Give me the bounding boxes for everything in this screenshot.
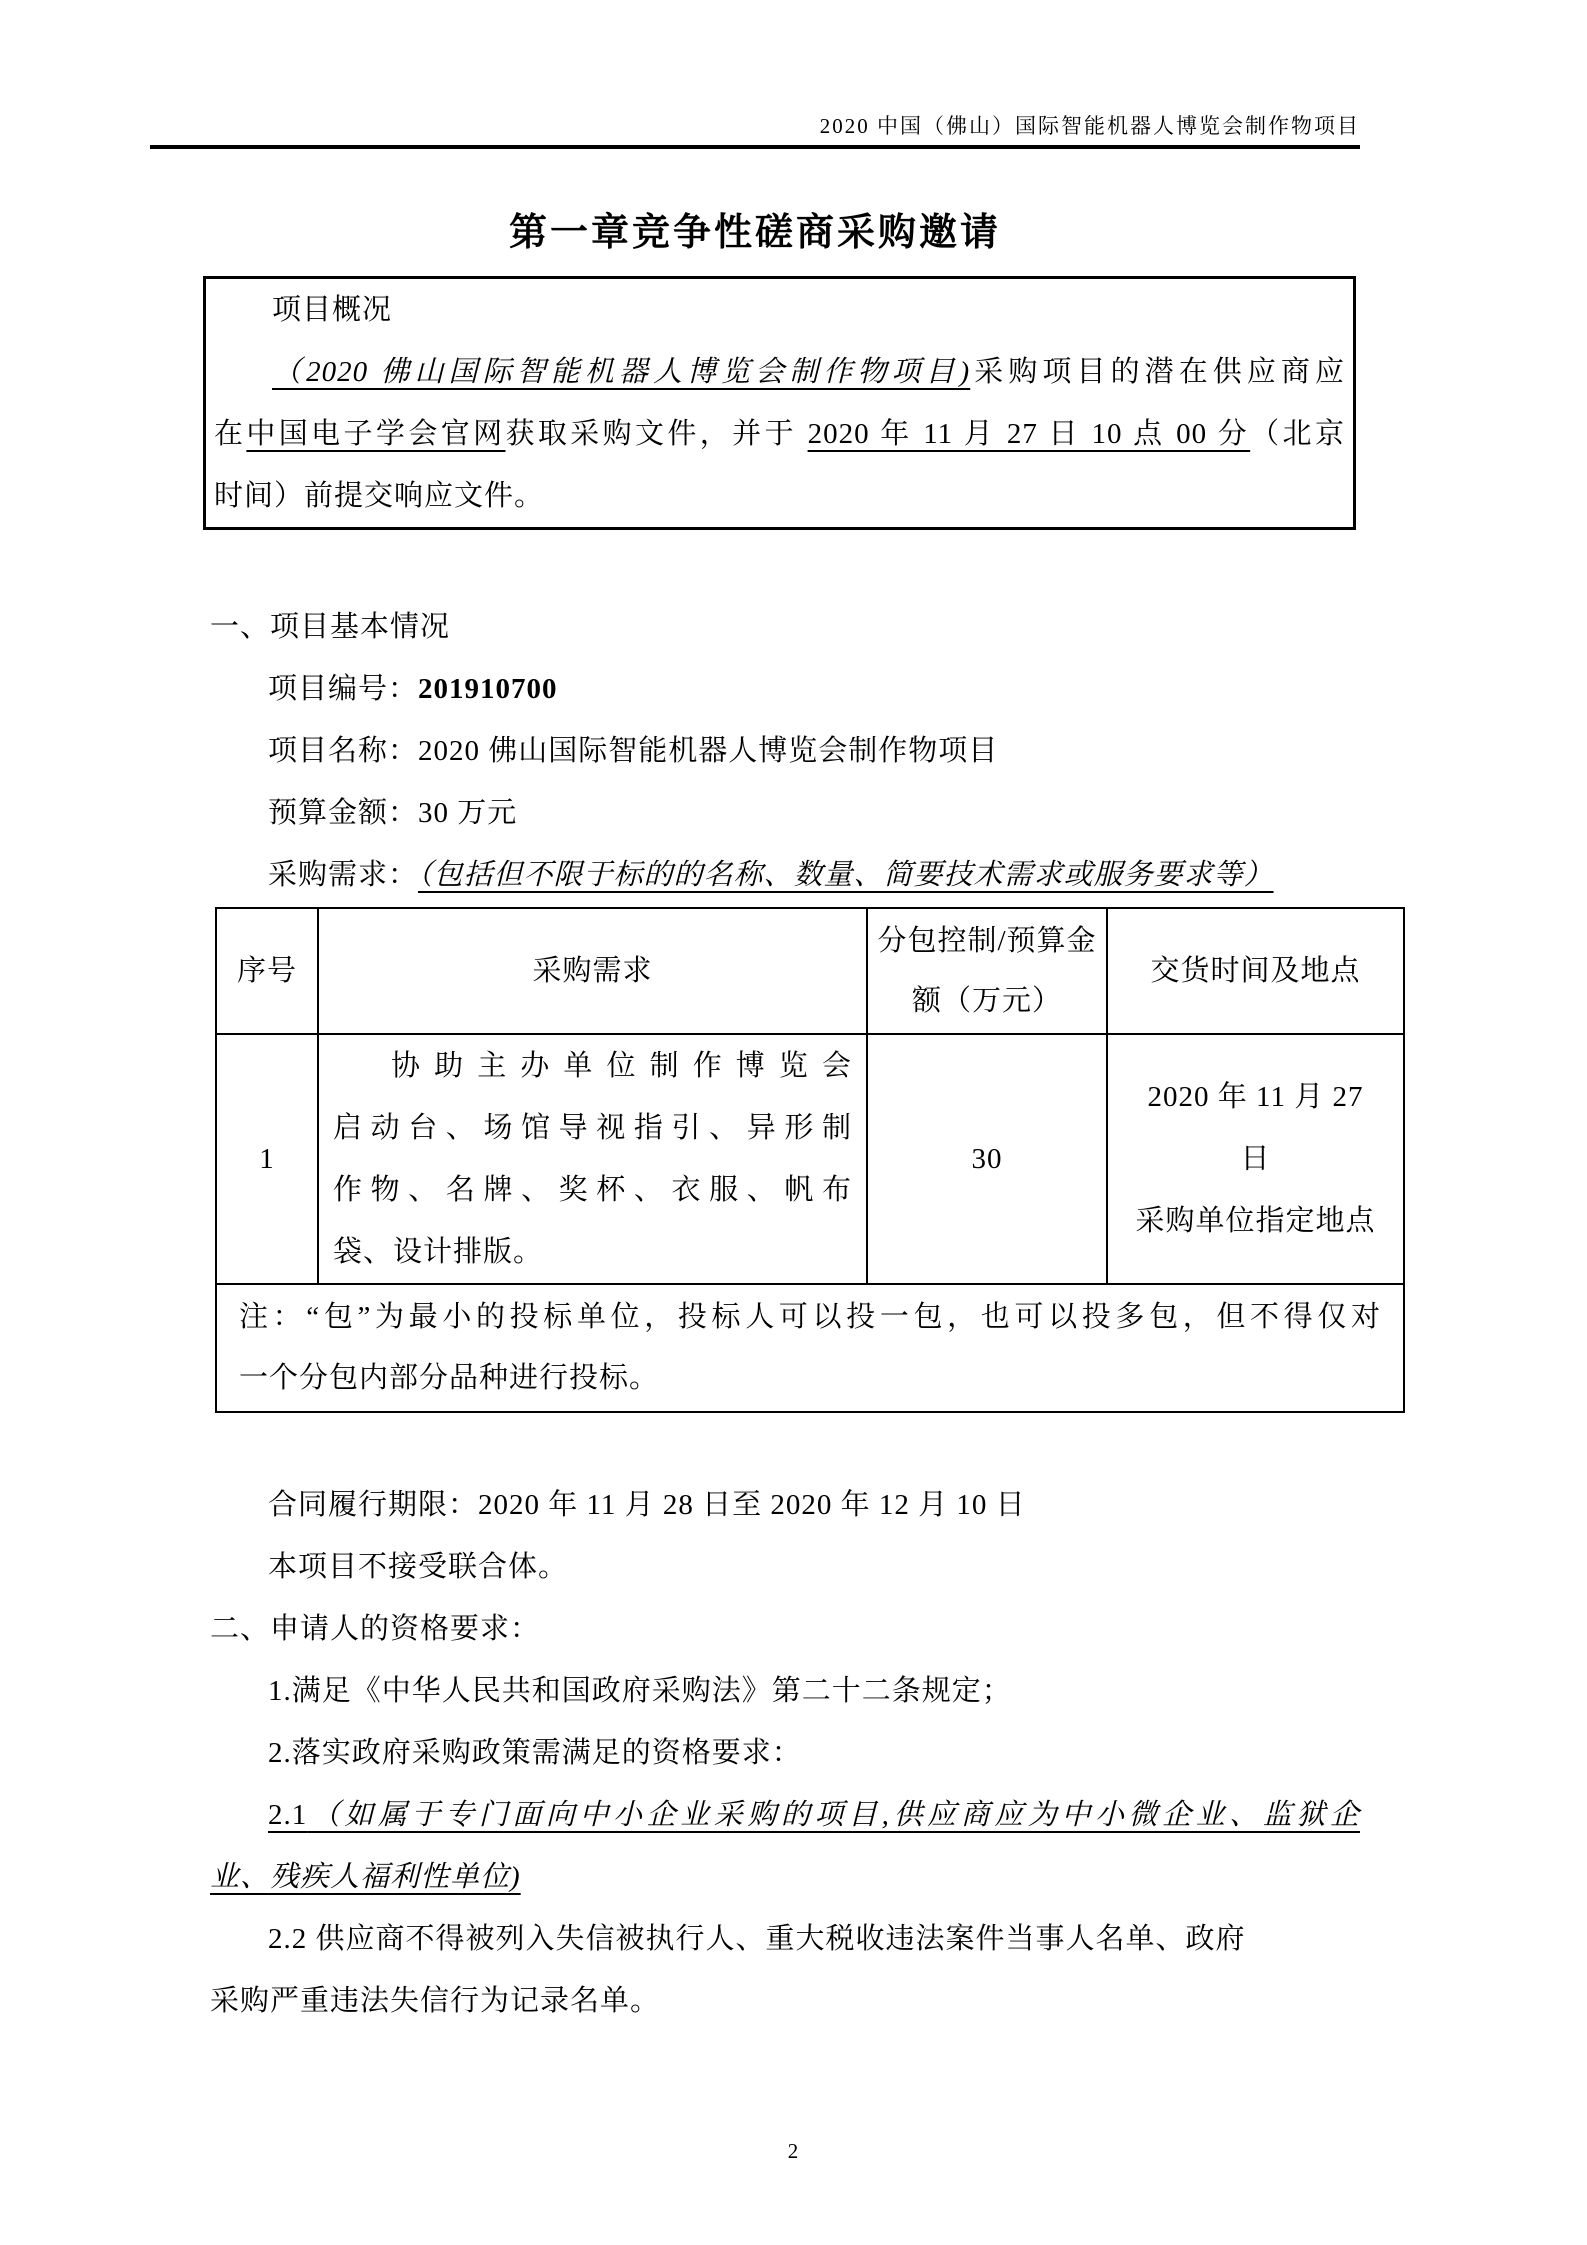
project-number-label: 项目编号： [268, 673, 418, 705]
page-header-text: 2020 中国（佛山）国际智能机器人博览会制作物项目 [150, 110, 1360, 142]
project-overview-box: 项目概况 （2020 佛山国际智能机器人博览会制作物项目)采购项目的潜在供应商应… [203, 276, 1356, 530]
demand-text-line: 启动台、场馆导视指引、异形制 [333, 1097, 852, 1159]
note-line: 注：“包”为最小的投标单位，投标人可以投一包，也可以投多包，但不得仅对 [239, 1287, 1381, 1348]
overview-line3-mid: 获取采购文件，并于 [505, 418, 807, 450]
overview-line3-post: （北京 [1250, 418, 1345, 450]
cell-demand: 协助主办单位制作博览会 启动台、场馆导视指引、异形制 作物、名牌、奖杯、衣服、帆… [318, 1034, 867, 1284]
qualification-item-2: 2.落实政府采购政策需满足的资格要求： [210, 1722, 1360, 1784]
overview-deadline: 2020 年 11 月 27 日 10 点 00 分 [808, 418, 1251, 450]
qualification-item-1: 1.满足《中华人民共和国政府采购法》第二十二条规定； [210, 1660, 1360, 1722]
qualification-item-2-1-line2: 业、残疾人福利性单位) [210, 1846, 1360, 1908]
header-rule [150, 145, 1360, 149]
overview-line2: （2020 佛山国际智能机器人博览会制作物项目)采购项目的潜在供应商应 [214, 341, 1345, 403]
project-number-line: 项目编号：201910700 [210, 658, 1360, 720]
section1-heading: 一、项目基本情况 [210, 596, 1360, 658]
project-number-value: 201910700 [418, 673, 558, 705]
document-page: 2020 中国（佛山）国际智能机器人博览会制作物项目 第一章竞争性磋商采购邀请 … [0, 0, 1587, 2245]
demand-text-line: 袋、设计排版。 [333, 1221, 852, 1283]
item-2-1-number: 2.1 [268, 1799, 307, 1831]
qualification-item-2-1-line1: 2.1（如属于专门面向中小企业采购的项目,供应商应为中小微企业、监狱企 [210, 1784, 1360, 1846]
cell-seq: 1 [216, 1034, 318, 1284]
chapter-title: 第一章竞争性磋商采购邀请 [150, 205, 1360, 261]
overview-official-site: 中国电子学会官网 [246, 418, 505, 450]
section2-heading: 二、申请人的资格要求： [210, 1598, 1360, 1660]
overview-line3: 在中国电子学会官网获取采购文件，并于 2020 年 11 月 27 日 10 点… [214, 403, 1345, 465]
budget-line: 预算金额：30 万元 [210, 782, 1360, 844]
cell-note: 注：“包”为最小的投标单位，投标人可以投一包，也可以投多包，但不得仅对 一个分包… [216, 1284, 1404, 1412]
no-consortium-line: 本项目不接受联合体。 [210, 1536, 1360, 1598]
item-2-1-text: （如属于专门面向中小企业采购的项目,供应商应为中小微企业、监狱企 [307, 1799, 1360, 1831]
project-name-line: 项目名称：2020 佛山国际智能机器人博览会制作物项目 [210, 720, 1360, 782]
col-header-delivery: 交货时间及地点 [1107, 908, 1404, 1034]
item-2-1-text-cont: 业、残疾人福利性单位) [210, 1861, 521, 1893]
overview-heading: 项目概况 [214, 279, 1345, 341]
overview-line3-pre: 在 [214, 418, 246, 450]
demand-text-line: 协助主办单位制作博览会 [333, 1035, 852, 1097]
contract-period-line: 合同履行期限：2020 年 11 月 28 日至 2020 年 12 月 10 … [210, 1474, 1360, 1536]
table-note-row: 注：“包”为最小的投标单位，投标人可以投一包，也可以投多包，但不得仅对 一个分包… [216, 1284, 1404, 1412]
overview-project-name: （2020 佛山国际智能机器人博览会制作物项目) [272, 356, 970, 388]
note-line: 一个分包内部分品种进行投标。 [239, 1348, 1381, 1409]
delivery-place: 采购单位指定地点 [1134, 1190, 1377, 1252]
delivery-time: 2020 年 11 月 27 日 [1134, 1066, 1377, 1190]
table-header-row: 序号 采购需求 分包控制/预算金额（万元） 交货时间及地点 [216, 908, 1404, 1034]
col-header-demand: 采购需求 [318, 908, 867, 1034]
cell-amount: 30 [867, 1034, 1107, 1284]
demand-text-line: 作物、名牌、奖杯、衣服、帆布 [333, 1159, 852, 1221]
overview-line4: 时间）前提交响应文件。 [214, 465, 1345, 527]
demand-line: 采购需求：（包括但不限于标的的名称、数量、简要技术需求或服务要求等） [210, 844, 1360, 906]
demand-note: （包括但不限于标的的名称、数量、简要技术需求或服务要求等） [418, 859, 1274, 891]
col-header-budget: 分包控制/预算金额（万元） [867, 908, 1107, 1034]
qualification-item-2-2-line1: 2.2 供应商不得被列入失信被执行人、重大税收违法案件当事人名单、政府 [210, 1908, 1360, 1970]
section-qualification: 合同履行期限：2020 年 11 月 28 日至 2020 年 12 月 10 … [210, 1474, 1360, 2032]
col-header-seq: 序号 [216, 908, 318, 1034]
overview-line2-rest: 采购项目的潜在供应商应 [970, 356, 1345, 388]
table-row: 1 协助主办单位制作博览会 启动台、场馆导视指引、异形制 作物、名牌、奖杯、衣服… [216, 1034, 1404, 1284]
procurement-table: 序号 采购需求 分包控制/预算金额（万元） 交货时间及地点 1 协助主办单位制作… [215, 907, 1405, 1413]
section-basic-info: 一、项目基本情况 项目编号：201910700 项目名称：2020 佛山国际智能… [210, 596, 1360, 906]
page-number: 2 [0, 2136, 1587, 2166]
qualification-item-2-2-line2: 采购严重违法失信行为记录名单。 [210, 1970, 1360, 2032]
demand-label: 采购需求： [268, 859, 418, 891]
cell-delivery: 2020 年 11 月 27 日 采购单位指定地点 [1107, 1034, 1404, 1284]
